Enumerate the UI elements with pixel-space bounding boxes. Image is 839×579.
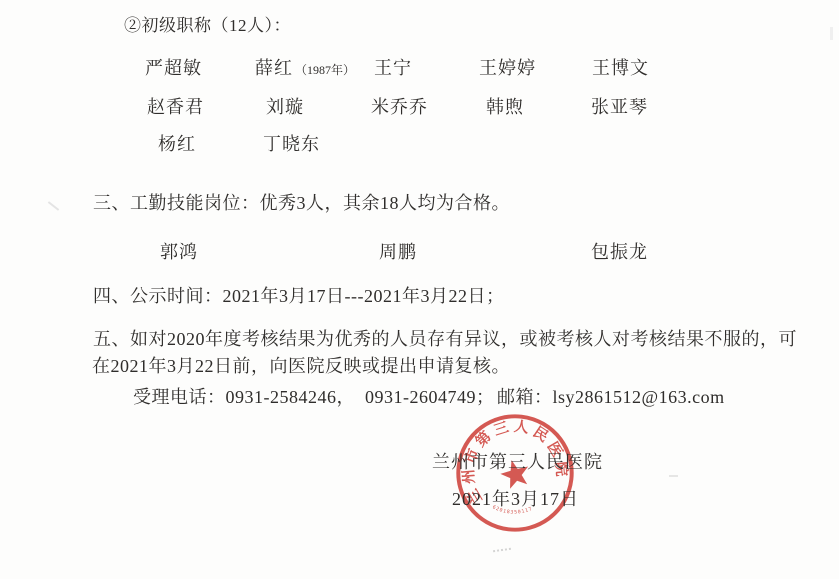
person-name: 韩煦 bbox=[486, 96, 524, 118]
person-name: 包振龙 bbox=[591, 241, 648, 263]
signature-org: 兰州市第三人民医院 bbox=[432, 451, 603, 473]
contact-phone-text: 受理电话：0931-2584246， 0931-2604749； bbox=[133, 386, 495, 408]
scan-artifact bbox=[830, 27, 833, 40]
person-name: 王婷婷 bbox=[479, 57, 536, 79]
person-name: 王博文 bbox=[592, 57, 649, 79]
scan-artifact bbox=[493, 548, 511, 552]
person-name: 米乔乔 bbox=[371, 96, 428, 118]
section-three-text: 三、工勤技能岗位：优秀3人，其余18人均为合格。 bbox=[93, 192, 510, 214]
document-page: ②初级职称（12人）： 严超敏 薛红（1987年） 王宁 王婷婷 王博文 赵香君… bbox=[0, 0, 839, 579]
person-name-with-note: 薛红（1987年） bbox=[255, 57, 355, 81]
scan-artifact bbox=[669, 475, 678, 477]
person-name: 张亚琴 bbox=[591, 96, 648, 118]
junior-title-heading: ②初级职称（12人）： bbox=[124, 15, 291, 37]
person-name: 严超敏 bbox=[145, 57, 202, 79]
person-name: 郭鸿 bbox=[160, 241, 198, 263]
person-name: 杨红 bbox=[158, 133, 196, 155]
section-four-text: 四、公示时间：2021年3月17日---2021年3月22日； bbox=[93, 285, 504, 307]
official-seal: 兰州市第三人民医院 62018350117 bbox=[439, 397, 591, 549]
person-name-note: （1987年） bbox=[295, 63, 355, 77]
section-five-line1: 五、如对2020年度考核结果为优秀的人员存有异议，或被考核人对考核结果不服的，可 bbox=[93, 328, 797, 350]
section-five-line2: 在2021年3月22日前，向医院反映或提出申请复核。 bbox=[92, 355, 510, 377]
person-name: 丁晓东 bbox=[263, 133, 320, 155]
person-name: 赵香君 bbox=[147, 96, 204, 118]
person-name: 周鹏 bbox=[379, 241, 417, 263]
scan-artifact bbox=[48, 201, 59, 211]
person-name: 薛红 bbox=[255, 58, 293, 78]
signature-date: 2021年3月17日 bbox=[452, 488, 579, 510]
person-name: 刘璇 bbox=[266, 96, 304, 118]
person-name: 王宁 bbox=[374, 57, 412, 79]
